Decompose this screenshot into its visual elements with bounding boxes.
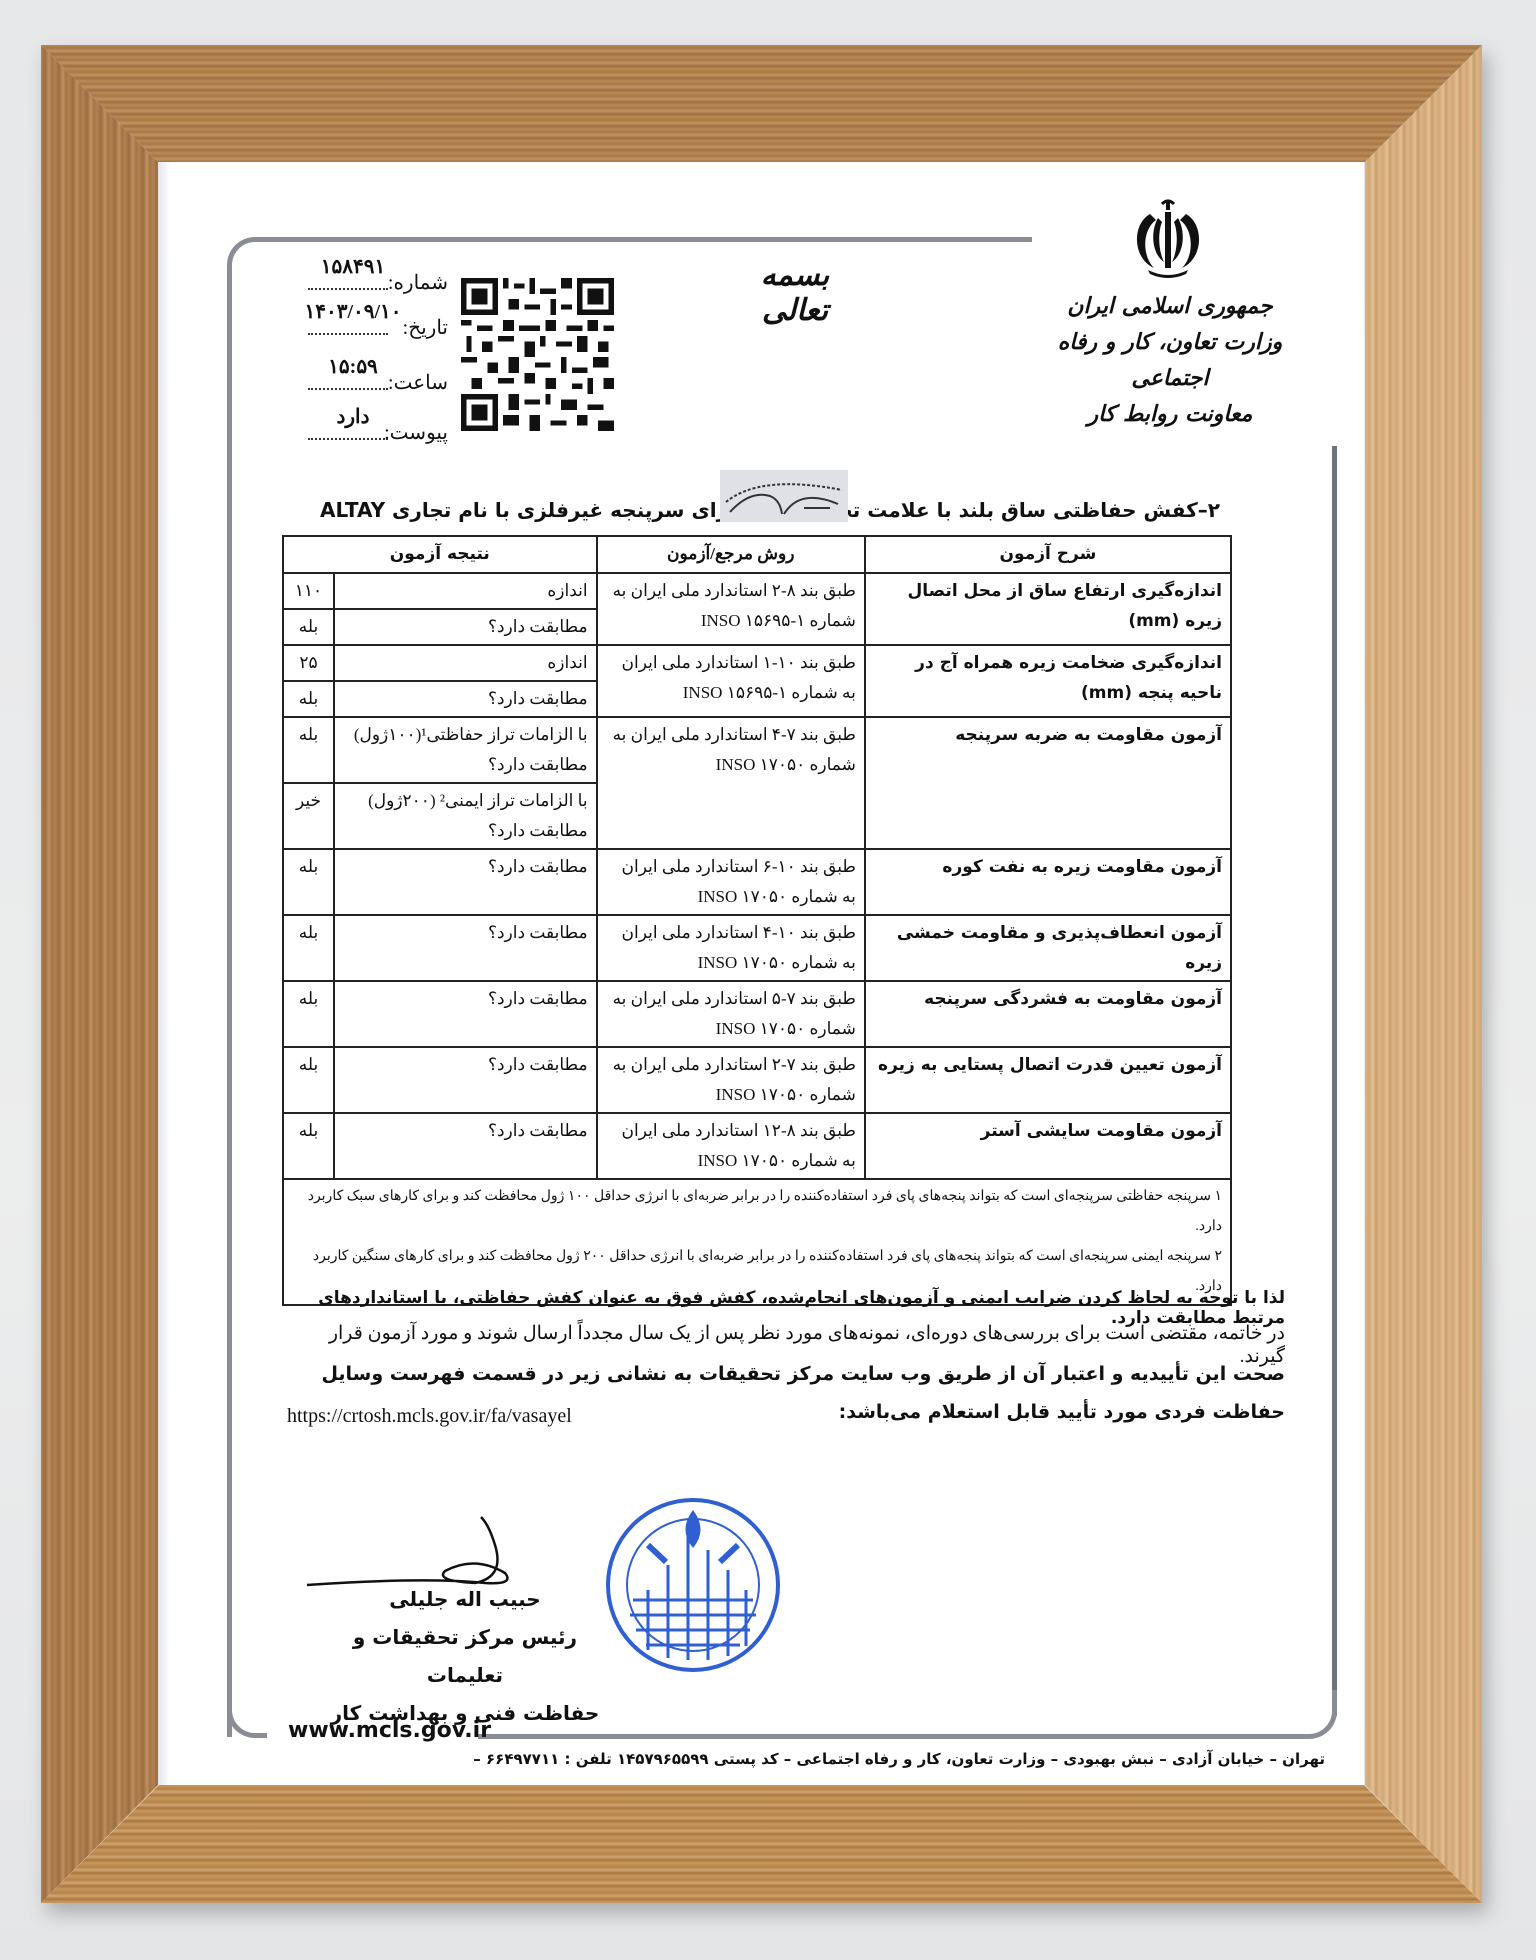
result-value: بله: [283, 717, 334, 783]
table-row: آزمون انعطاف‌پذیری و مقاومت خمشی زیره طب…: [283, 915, 1231, 981]
test-method: طبق بند ۸-۲ استاندارد ملی ایران به شماره…: [597, 573, 865, 645]
table-row: آزمون مقاومت به ضربه سرپنجه طبق بند ۷-۴ …: [283, 717, 1231, 783]
verification-link[interactable]: https://crtosh.mcls.gov.ir/fa/vasayel: [287, 1405, 572, 1428]
meta-dots: [308, 288, 388, 290]
test-description: اندازه‌گیری ارتفاع ساق از محل اتصال زیره…: [865, 573, 1231, 645]
header-description: شرح آزمون: [865, 536, 1231, 573]
iran-emblem-icon: [1128, 198, 1208, 280]
footnotes-row: ۱ سرپنجه حفاظتی سرپنجه‌ای است که بتواند …: [283, 1179, 1231, 1305]
footnote-1: ۱ سرپنجه حفاظتی سرپنجه‌ای است که بتواند …: [292, 1182, 1222, 1242]
test-description: آزمون مقاومت زیره به نفت کوره: [865, 849, 1231, 915]
result-label: مطابقت دارد؟: [334, 1113, 597, 1179]
signatory-name: حبیب اله جلیلی: [320, 1580, 610, 1618]
footer-website[interactable]: www.mcls.gov.ir: [288, 1718, 491, 1743]
test-description: آزمون مقاومت به ضربه سرپنجه: [865, 717, 1231, 849]
header-method: روش مرجع/آزمون: [597, 536, 865, 573]
result-value: بله: [283, 981, 334, 1047]
ministry-heading: جمهوری اسلامی ایران وزارت تعاون، کار و ر…: [1040, 288, 1300, 432]
official-stamp-icon: [588, 1470, 798, 1690]
result-label: با الزامات تراز حفاظتی¹(۱۰۰ژول) مطابقت د…: [334, 717, 597, 783]
ministry-name: وزارت تعاون، کار و رفاه اجتماعی: [1040, 324, 1300, 396]
meta-number-label: شماره:: [388, 270, 448, 295]
meta-attachment-label: پیوست:: [384, 420, 448, 445]
paper-edge-shadow: [158, 162, 170, 1785]
frame-top: [41, 45, 1482, 162]
meta-date-label: تاریخ:: [403, 315, 448, 340]
table-header-row: شرح آزمون روش مرجع/آزمون نتیجه آزمون: [283, 536, 1231, 573]
table-row: آزمون مقاومت زیره به نفت کوره طبق بند ۱۰…: [283, 849, 1231, 915]
result-value: بله: [283, 915, 334, 981]
result-label: مطابقت دارد؟: [334, 681, 597, 717]
result-label: با الزامات تراز ایمنی² (۲۰۰ژول) مطابقت د…: [334, 783, 597, 849]
test-description: آزمون مقاومت سایشی آستر: [865, 1113, 1231, 1179]
result-value: ۲۵: [283, 645, 334, 681]
meta-date: ۱۴۰۳/۰۹/۱۰ تاریخ:: [268, 303, 448, 343]
signatory: حبیب اله جلیلی رئیس مرکز تحقیقات و تعلیم…: [320, 1580, 610, 1732]
meta-number: ۱۵۸۴۹۱ شماره:: [268, 258, 448, 298]
deputy-name: معاونت روابط کار: [1040, 396, 1300, 432]
test-description: آزمون انعطاف‌پذیری و مقاومت خمشی زیره: [865, 915, 1231, 981]
table-row: اندازه‌گیری ارتفاع ساق از محل اتصال زیره…: [283, 573, 1231, 609]
result-label: اندازه: [334, 573, 597, 609]
table-row: آزمون مقاومت سایشی آستر طبق بند ۸-۱۲ است…: [283, 1113, 1231, 1179]
test-method: طبق بند ۷-۴ استاندارد ملی ایران به شماره…: [597, 717, 865, 849]
test-method: طبق بند ۷-۲ استاندارد ملی ایران به شماره…: [597, 1047, 865, 1113]
test-method: طبق بند ۱۰-۱ استاندارد ملی ایران به شمار…: [597, 645, 865, 717]
meta-dots: [308, 438, 388, 440]
footer-address: تهران – خیابان آزادی – نبش بهبودی – وزار…: [420, 1750, 1325, 1768]
result-label: مطابقت دارد؟: [334, 609, 597, 645]
test-method: طبق بند ۱۰-۴ استاندارد ملی ایران به شمار…: [597, 915, 865, 981]
item-title-right: ۲–کفش حفاظتی ساق بلند با علامت تجاری: [801, 498, 1220, 522]
test-description: اندازه‌گیری ضخامت زیره همراه آج در ناحیه…: [865, 645, 1231, 717]
table-row: آزمون مقاومت به فشردگی سرپنجه طبق بند ۷-…: [283, 981, 1231, 1047]
header-result: نتیجه آزمون: [283, 536, 597, 573]
result-label: مطابقت دارد؟: [334, 915, 597, 981]
item-title-left: دارای سرپنجه غیرفلزی با نام تجاری ALTAY: [320, 498, 745, 522]
letterhead-border-right: [1332, 446, 1337, 1716]
test-description: آزمون مقاومت به فشردگی سرپنجه: [865, 981, 1231, 1047]
result-value: ۱۱۰: [283, 573, 334, 609]
footnotes-cell: ۱ سرپنجه حفاظتی سرپنجه‌ای است که بتواند …: [283, 1179, 1231, 1305]
test-results-table: شرح آزمون روش مرجع/آزمون نتیجه آزمون اند…: [282, 535, 1232, 1306]
result-value: بله: [283, 849, 334, 915]
test-description: آزمون تعیین قدرت اتصال پستایی به زیره: [865, 1047, 1231, 1113]
result-value: بله: [283, 1113, 334, 1179]
signatory-title-1: رئیس مرکز تحقیقات و تعلیمات: [320, 1618, 610, 1694]
meta-attachment: دارد پیوست:: [268, 408, 448, 448]
meta-dots: [308, 333, 388, 335]
result-label: اندازه: [334, 645, 597, 681]
trademark-logo-icon: [720, 470, 848, 522]
test-method: طبق بند ۱۰-۶ استاندارد ملی ایران به شمار…: [597, 849, 865, 915]
result-value: بله: [283, 681, 334, 717]
table-row: اندازه‌گیری ضخامت زیره همراه آج در ناحیه…: [283, 645, 1231, 681]
result-value: بله: [283, 609, 334, 645]
bismillah-heading: بسمه تعالی: [735, 258, 855, 328]
frame-left: [41, 45, 158, 1903]
qr-code[interactable]: [461, 278, 614, 431]
country-name: جمهوری اسلامی ایران: [1040, 288, 1300, 324]
result-label: مطابقت دارد؟: [334, 981, 597, 1047]
meta-date-value: ۱۴۰۳/۰۹/۱۰: [298, 299, 408, 324]
result-value: بله: [283, 1047, 334, 1113]
test-method: طبق بند ۷-۵ استاندارد ملی ایران به شماره…: [597, 981, 865, 1047]
result-label: مطابقت دارد؟: [334, 1047, 597, 1113]
meta-dots: [308, 388, 388, 390]
frame-right: [1365, 45, 1482, 1903]
meta-time: ۱۵:۵۹ ساعت:: [268, 358, 448, 398]
result-label: مطابقت دارد؟: [334, 849, 597, 915]
table-row: آزمون تعیین قدرت اتصال پستایی به زیره طب…: [283, 1047, 1231, 1113]
frame-bottom: [41, 1785, 1482, 1903]
meta-time-label: ساعت:: [388, 370, 448, 395]
test-method: طبق بند ۸-۱۲ استاندارد ملی ایران به شمار…: [597, 1113, 865, 1179]
result-value: خیر: [283, 783, 334, 849]
letterhead-footer-line: [478, 1734, 1308, 1739]
